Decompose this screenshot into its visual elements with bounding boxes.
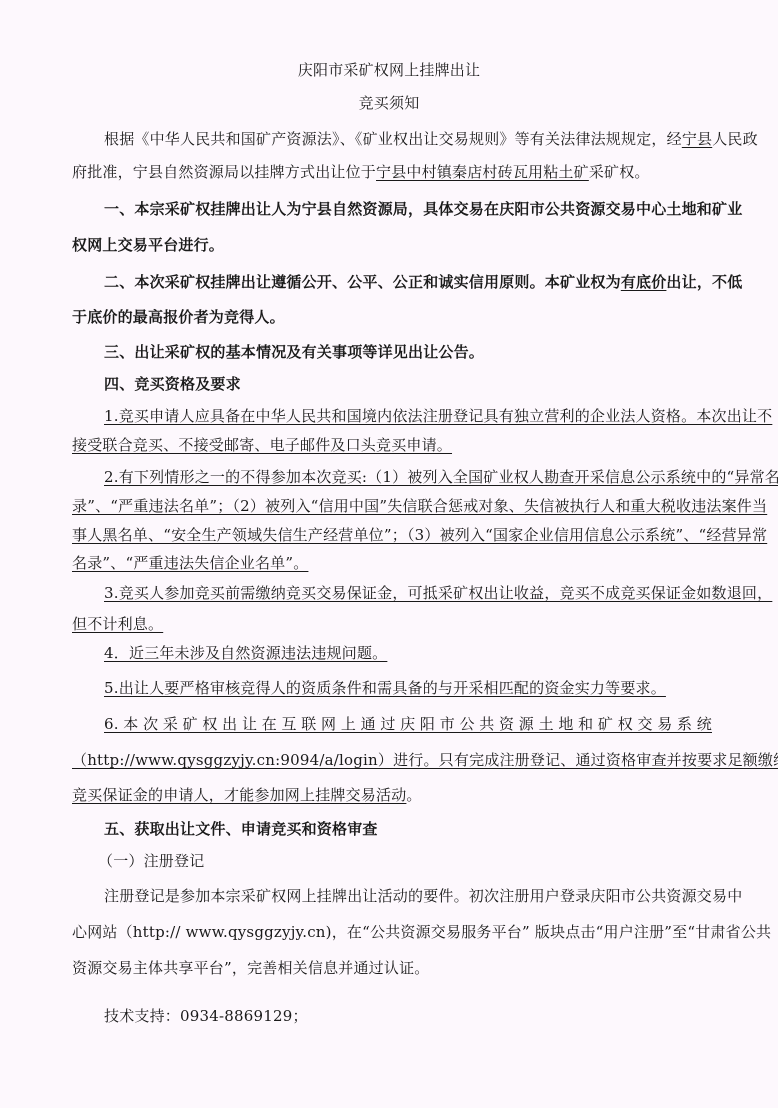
item1-line-2: 接受联合竞买、不接受邮寄、电子邮件及口头竞买申请。 [72,435,712,455]
section3-line-1: 三、出让采矿权的基本情况及有关事项等详见出让公告。 [104,342,712,362]
section2-line-1: 二、本次采矿权挂牌出让遵循公开、公平、公正和诚实信用原则。本矿业权为有底价出让，… [104,272,712,292]
item6-line-3: 竞买保证金的申请人，才能参加网上挂牌交易活动。 [72,785,712,805]
intro-line-1: 根据《中华人民共和国矿产资源法》、《矿业权出让交易规则》等有关法律法规规定，经宁… [104,129,712,149]
intro-text: 根据《中华人民共和国矿产资源法》、《矿业权出让交易规则》等有关法律法规规定，经 [104,130,682,148]
reserve-price-term: 有底价 [621,273,667,291]
registration-line-2: 心网站（http:// www.qysggzyjy.cn)，在“公共资源交易服务… [72,922,712,942]
item2-line-2: 录”、“严重违法名单”；（2）被列入“信用中国”失信联合惩戒对象、失信被执行人和… [72,496,712,516]
section1-line-2: 权网上交易平台进行。 [72,235,712,255]
item6-line-1: 6.本次采矿权出让在互联网上通过庆阳市公共资源土地和矿权交易系统 [104,714,712,734]
section5-heading: 五、获取出让文件、申请竞买和资格审查 [104,819,712,839]
mine-location: 宁县中村镇秦店村砖瓦用粘土矿 [376,163,589,181]
item2-line-3: 事人黑名单、“安全生产领域失信生产经营单位”；（3）被列入“国家企业信用信息公示… [72,525,712,545]
section1-line-1: 一、本宗采矿权挂牌出让人为宁县自然资源局，具体交易在庆阳市公共资源交易中心土地和… [104,199,712,219]
item3-line-2: 但不计利息。 [72,614,712,634]
section4-heading: 四、竞买资格及要求 [104,374,712,394]
section2-text: 出让，不低 [666,273,742,291]
item5: 5.出让人要严格审核竞得人的资质条件和需具备的与开采相匹配的资金实力等要求。 [104,678,712,698]
document-title: 庆阳市采矿权网上挂牌出让 [0,60,778,80]
item2-line-4: 名录”、“严重违法失信企业名单”。 [72,553,712,573]
registration-line-3: 资源交易主体共享平台”，完善相关信息并通过认证。 [72,958,712,978]
item2-line-1: 2.有下列情形之一的不得参加本次竞买:（1）被列入全国矿业权人勘查开采信息公示系… [104,467,712,487]
item3-line-1: 3.竞买人参加竞买前需缴纳竞买交易保证金，可抵采矿权出让收益，竞买不成竞买保证金… [104,583,712,603]
tech-support-label: 技术支持： [104,1007,180,1025]
item1-line-1: 1.竞买申请人应具备在中华人民共和国境内依法注册登记具有独立营利的企业法人资格。… [104,406,712,426]
section2-text: 二、本次采矿权挂牌出让遵循公开、公平、公正和诚实信用原则。本矿业权为 [104,273,621,291]
section2-line-2: 于底价的最高报价者为竞得人。 [72,307,712,327]
registration-line-1: 注册登记是参加本宗采矿权网上挂牌出让活动的要件。初次注册用户登录庆阳市公共资源交… [104,886,712,906]
intro-text: 人民政 [712,130,758,148]
tech-support-phone: 0934-8869129； [180,1007,308,1025]
intro-text: 府批准，宁县自然资源局以挂牌方式出让位于 [72,163,376,181]
county-name: 宁县 [682,130,712,148]
registration-heading: （一）注册登记 [98,851,738,871]
item6-line-2: （http://www.qysggzyjy.cn:9094/a/login）进行… [72,750,712,770]
item6-text: 竞买保证金的申请人，才能参加网上挂牌交易活动 [72,786,406,804]
document-subtitle: 竞买须知 [0,93,778,113]
tech-support: 技术支持：0934-8869129； [104,1006,712,1026]
item4: 4．近三年未涉及自然资源违法违规问题。 [104,643,712,663]
intro-line-2: 府批准，宁县自然资源局以挂牌方式出让位于宁县中村镇秦店村砖瓦用粘土矿采矿权。 [72,162,712,182]
intro-text: 采矿权。 [589,163,650,181]
item6-period: 。 [406,786,421,804]
